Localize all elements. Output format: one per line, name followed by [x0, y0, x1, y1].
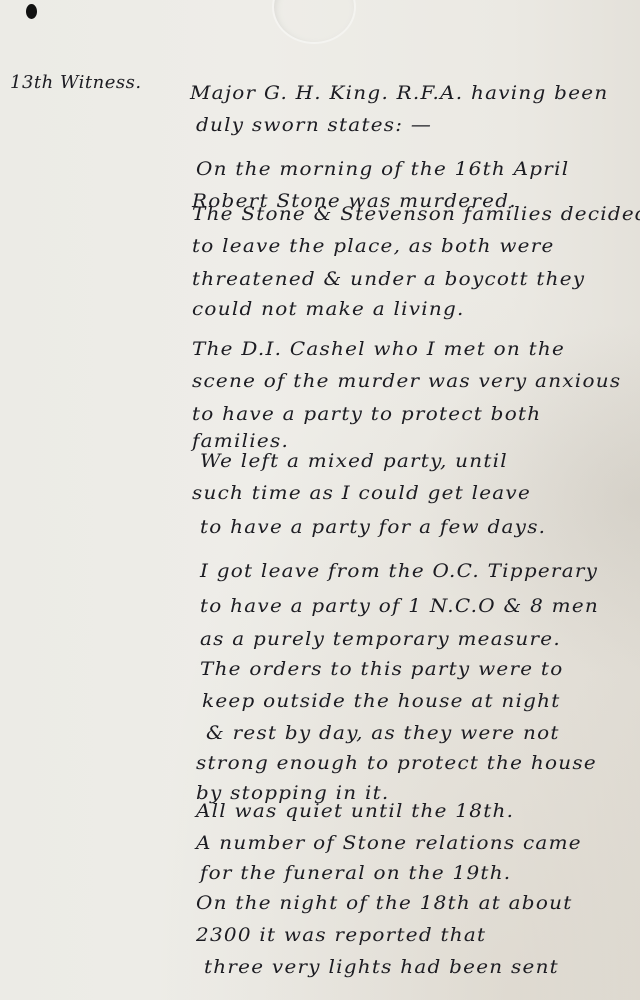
statement-line: A number of Stone relations came: [196, 832, 582, 854]
statement-line: We left a mixed party, until: [200, 450, 508, 472]
statement-line: strong enough to protect the house: [196, 752, 597, 774]
statement-line: families.: [192, 430, 289, 452]
statement-line: to have a party to protect both: [192, 403, 541, 425]
statement-line: to have a party of 1 N.C.O & 8 men: [200, 595, 599, 617]
statement-line: threatened & under a boycott they: [192, 268, 585, 290]
statement-line: The orders to this party were to: [200, 658, 563, 680]
embossed-seal: [272, 0, 356, 44]
statement-line: keep outside the house at night: [202, 690, 561, 712]
statement-line: The D.I. Cashel who I met on the: [192, 338, 565, 360]
statement-line: On the night of the 18th at about: [196, 892, 572, 914]
statement-line: such time as I could get leave: [192, 482, 531, 504]
statement-line: to leave the place, as both were: [192, 235, 555, 257]
statement-line: The Stone & Stevenson families decided: [192, 203, 640, 225]
statement-line: to have a party for a few days.: [200, 516, 546, 538]
statement-line: All was quiet until the 18th.: [196, 800, 514, 822]
statement-line: could not make a living.: [192, 298, 465, 320]
punch-hole: [26, 4, 37, 19]
statement-line: Major G. H. King. R.F.A. having been: [190, 82, 608, 104]
statement-line: duly sworn states: —: [196, 114, 432, 136]
statement-line: 2300 it was reported that: [196, 924, 486, 946]
statement-line: & rest by day, as they were not: [206, 722, 560, 744]
statement-line: as a purely temporary measure.: [200, 628, 561, 650]
statement-line: I got leave from the O.C. Tipperary: [200, 560, 598, 582]
statement-line: three very lights had been sent: [204, 956, 559, 978]
statement-line: On the morning of the 16th April: [196, 158, 569, 180]
statement-line: for the funeral on the 19th.: [200, 862, 511, 884]
margin-note-witness-number: 13th Witness.: [10, 72, 142, 93]
statement-line: scene of the murder was very anxious: [192, 370, 621, 392]
